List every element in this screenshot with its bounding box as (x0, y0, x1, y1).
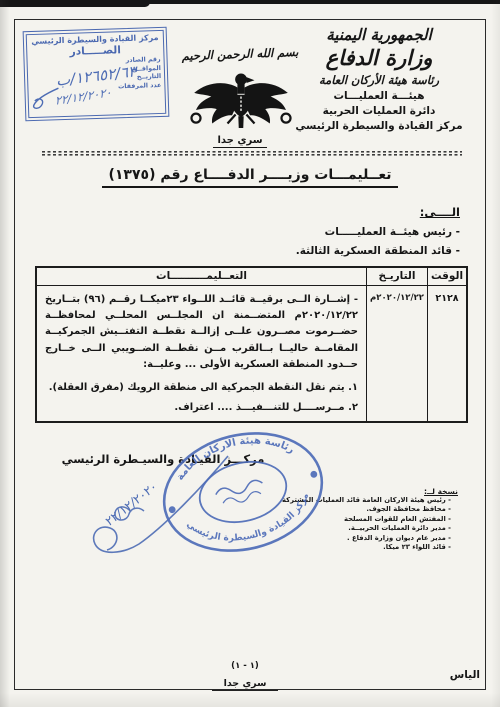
letterhead-operations-authority: هيئـــة العمليـــات (286, 90, 472, 102)
table-header-row: الوقت التاريـخ التعــليمــــــــــات (37, 268, 466, 286)
instruction-item: ١. يتم نقل النقطة الجمركية الى منطقة الر… (45, 382, 358, 393)
letterhead-war-operations-dept: دائرة العمليات الحربية (286, 105, 472, 117)
classification-bottom: سري جدا (190, 671, 300, 690)
handwriting-swirl (28, 84, 63, 111)
table-header-date: التاريـخ (366, 268, 427, 285)
letterhead: الجمهورية اليمنية وزارة الدفاع رئاسة هيئ… (286, 26, 472, 132)
letterhead-general-staff: رئاسة هيئة الأركان العامة (286, 73, 472, 87)
corner-name: الياس (450, 669, 480, 681)
instructions-table: الوقت التاريـخ التعــليمــــــــــات ٢١٢… (35, 266, 468, 423)
yemen-eagle-emblem (187, 70, 295, 132)
table-header-time: الوقت (427, 268, 466, 285)
eagle-neck (237, 83, 244, 94)
addressee-item: - رئيس هيئــة العمليـــــات (296, 226, 460, 238)
classification-top-text: سري جدا (213, 135, 266, 148)
stamp-side-dot (310, 470, 318, 478)
eagle-tail (238, 116, 243, 128)
scan-top-left-edge (0, 0, 150, 7)
letterhead-ministry: وزارة الدفاع (286, 46, 472, 70)
addressees-label: الــــى: (296, 205, 460, 219)
classification-top: سري جدا (172, 128, 308, 147)
stamp-side-dot (168, 506, 176, 514)
document-title: تعــليمـــات وزيــــر الدفــــاع رقم (١٣… (0, 164, 500, 183)
classification-bottom-text: سري جدا (212, 678, 279, 691)
table-data-row: ٢١٢٨ ٢٠٢٠/١٢/٢٢م - إشــارة الــى برقيــة… (37, 286, 466, 421)
cell-date: ٢٠٢٠/١٢/٢٢م (366, 286, 427, 421)
scanned-document-page: مركز القيادة والسيطرة الرئيسي الصـــــاد… (0, 0, 500, 707)
outgoing-stamp-inner: مركز القيادة والسيطرة الرئيسي الصـــــاد… (26, 30, 167, 118)
dashed-separator (42, 151, 462, 156)
addressees-block: الــــى: - رئيس هيئــة العمليـــــات - ق… (296, 205, 460, 257)
letterhead-country: الجمهورية اليمنية (286, 26, 472, 45)
letterhead-command-center: مركز القيادة والسيطرة الرئيسي (286, 120, 472, 132)
table-header-instructions: التعــليمــــــــــات (37, 268, 366, 285)
cell-time: ٢١٢٨ (427, 286, 466, 421)
addressee-item: - قائد المنطقة العسكرية الثالثة. (296, 245, 460, 257)
instruction-item: ٢. مــرســــل للتنـــفيـــذ .... اعتراف. (45, 402, 358, 413)
left-wing-curl (192, 114, 201, 123)
instructions-paragraph: - إشــارة الــى برقيــة قائــد اللــواء … (45, 292, 358, 373)
page-number: (١ - ١) (190, 661, 300, 671)
eagle-beak (246, 77, 254, 83)
right-wing-curl (282, 114, 291, 123)
outgoing-registry-stamp: مركز القيادة والسيطرة الرئيسي الصـــــاد… (23, 27, 170, 121)
document-title-text: تعــليمـــات وزيــــر الدفــــاع رقم (١٣… (102, 167, 397, 188)
stamp-center-tughra (215, 479, 264, 499)
cell-instructions: - إشــارة الــى برقيــة قائــد اللــواء … (37, 286, 366, 421)
